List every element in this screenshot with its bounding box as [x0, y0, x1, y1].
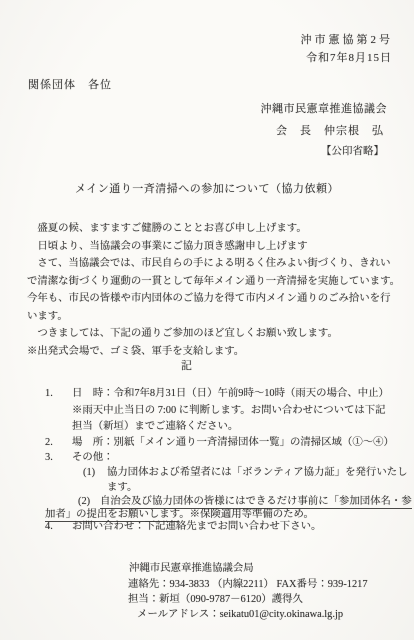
list-item-3-sub-1: (1)協力団体および希望者には「ボランティア協力証」を発行いたし [83, 463, 408, 478]
contact-organization: 沖縄市民憲章推進協議会局 [129, 559, 254, 574]
contact-staff: 担当：新垣（090-9787－6120）護得久 [128, 590, 303, 605]
contact-phone-fax: 連絡先：934-3833 （内線2211） FAX番号：939-1217 [128, 575, 368, 590]
doc-number: 沖市憲協第2号 [301, 31, 394, 47]
list-item-text: その他： [72, 452, 114, 463]
seal-omitted-note: 【公印省略】 [321, 143, 384, 158]
document-title: メイン通り一斉清掃への参加について（協力依頼） [0, 180, 414, 196]
sub-item-text: 協力団体および希望者には「ボランティア協力証」を発行いたし [107, 467, 408, 478]
sub-item-number: (1) [83, 467, 107, 478]
list-item-number: 4. [45, 521, 72, 532]
list-item-1-note: ※雨天中止当日の 7:00 に判断します。お問い合わせについては下記 [72, 401, 386, 416]
list-item-number: 3. [45, 452, 72, 463]
body-line: さて、当協議会では、市民自らの手による明るく住みよい街づくり、きれい [27, 255, 408, 273]
record-marker: 記 [181, 357, 192, 373]
contact-email: メールアドレス：seikatu01@city.okinawa.lg.jp [137, 605, 343, 620]
scanned-letter-page: 沖市憲協第2号 令和7年8月15日 関係団体 各位 沖縄市民憲章推進協議会 会 … [0, 0, 414, 640]
issue-date: 令和7年8月15日 [306, 49, 392, 65]
list-item-1: 1.日 時：令和7年8月31日（日）午前9時～10時（雨天の場合、中止） [45, 384, 389, 399]
body-line: つきましては、下記の通りご参加のほど宜しくお願い致します。 [27, 325, 408, 343]
sender-organization: 沖縄市民憲章推進協議会 [261, 100, 388, 116]
list-item-text: 場 所：別紙「メイン通り一斉清掃団体一覧」の清掃区域（①～④） [72, 437, 394, 448]
body-line: 日頃より、当協議会の事業にご協力頂き感謝申し上げます [27, 238, 408, 256]
list-item-1-note: 担当（新垣）までご連絡ください。 [72, 417, 238, 432]
list-item-2: 2.場 所：別紙「メイン通り一斉清掃団体一覧」の清掃区域（①～④） [45, 433, 394, 448]
list-item-number: 2. [45, 437, 72, 448]
recipient: 関係団体 各位 [28, 76, 112, 92]
body-line: 今年も、市民の皆様や市内団体のご協力を得て市内メイン通りのごみ拾いを行 [27, 290, 408, 308]
list-item-3-sub-1-cont: ます。 [107, 478, 137, 493]
list-item-4: 4.お問い合わせ：下記連絡先までお問い合わせ下さい。 [45, 517, 321, 532]
body-text: 盛夏の候、ますますご健勝のこととお喜び申し上げます。 日頃より、当協議会の事業に… [27, 220, 408, 360]
body-line: います。 [27, 308, 408, 326]
body-line: ※出発式会場で、ゴミ袋、軍手を支給します。 [27, 343, 408, 361]
body-line: 盛夏の候、ますますご健勝のこととお喜び申し上げます。 [27, 220, 408, 238]
list-item-3: 3.その他： [45, 448, 114, 463]
list-item-text: 日 時：令和7年8月31日（日）午前9時～10時（雨天の場合、中止） [72, 388, 389, 399]
sender-name: 会 長 仲宗根 弘 [276, 122, 384, 138]
body-line: で清潔な街づくり運動の一貫として毎年メイン通り一斉清掃を実施しています。 [27, 273, 408, 291]
list-item-number: 1. [45, 388, 72, 399]
list-item-text: お問い合わせ：下記連絡先までお問い合わせ下さい。 [72, 521, 321, 532]
